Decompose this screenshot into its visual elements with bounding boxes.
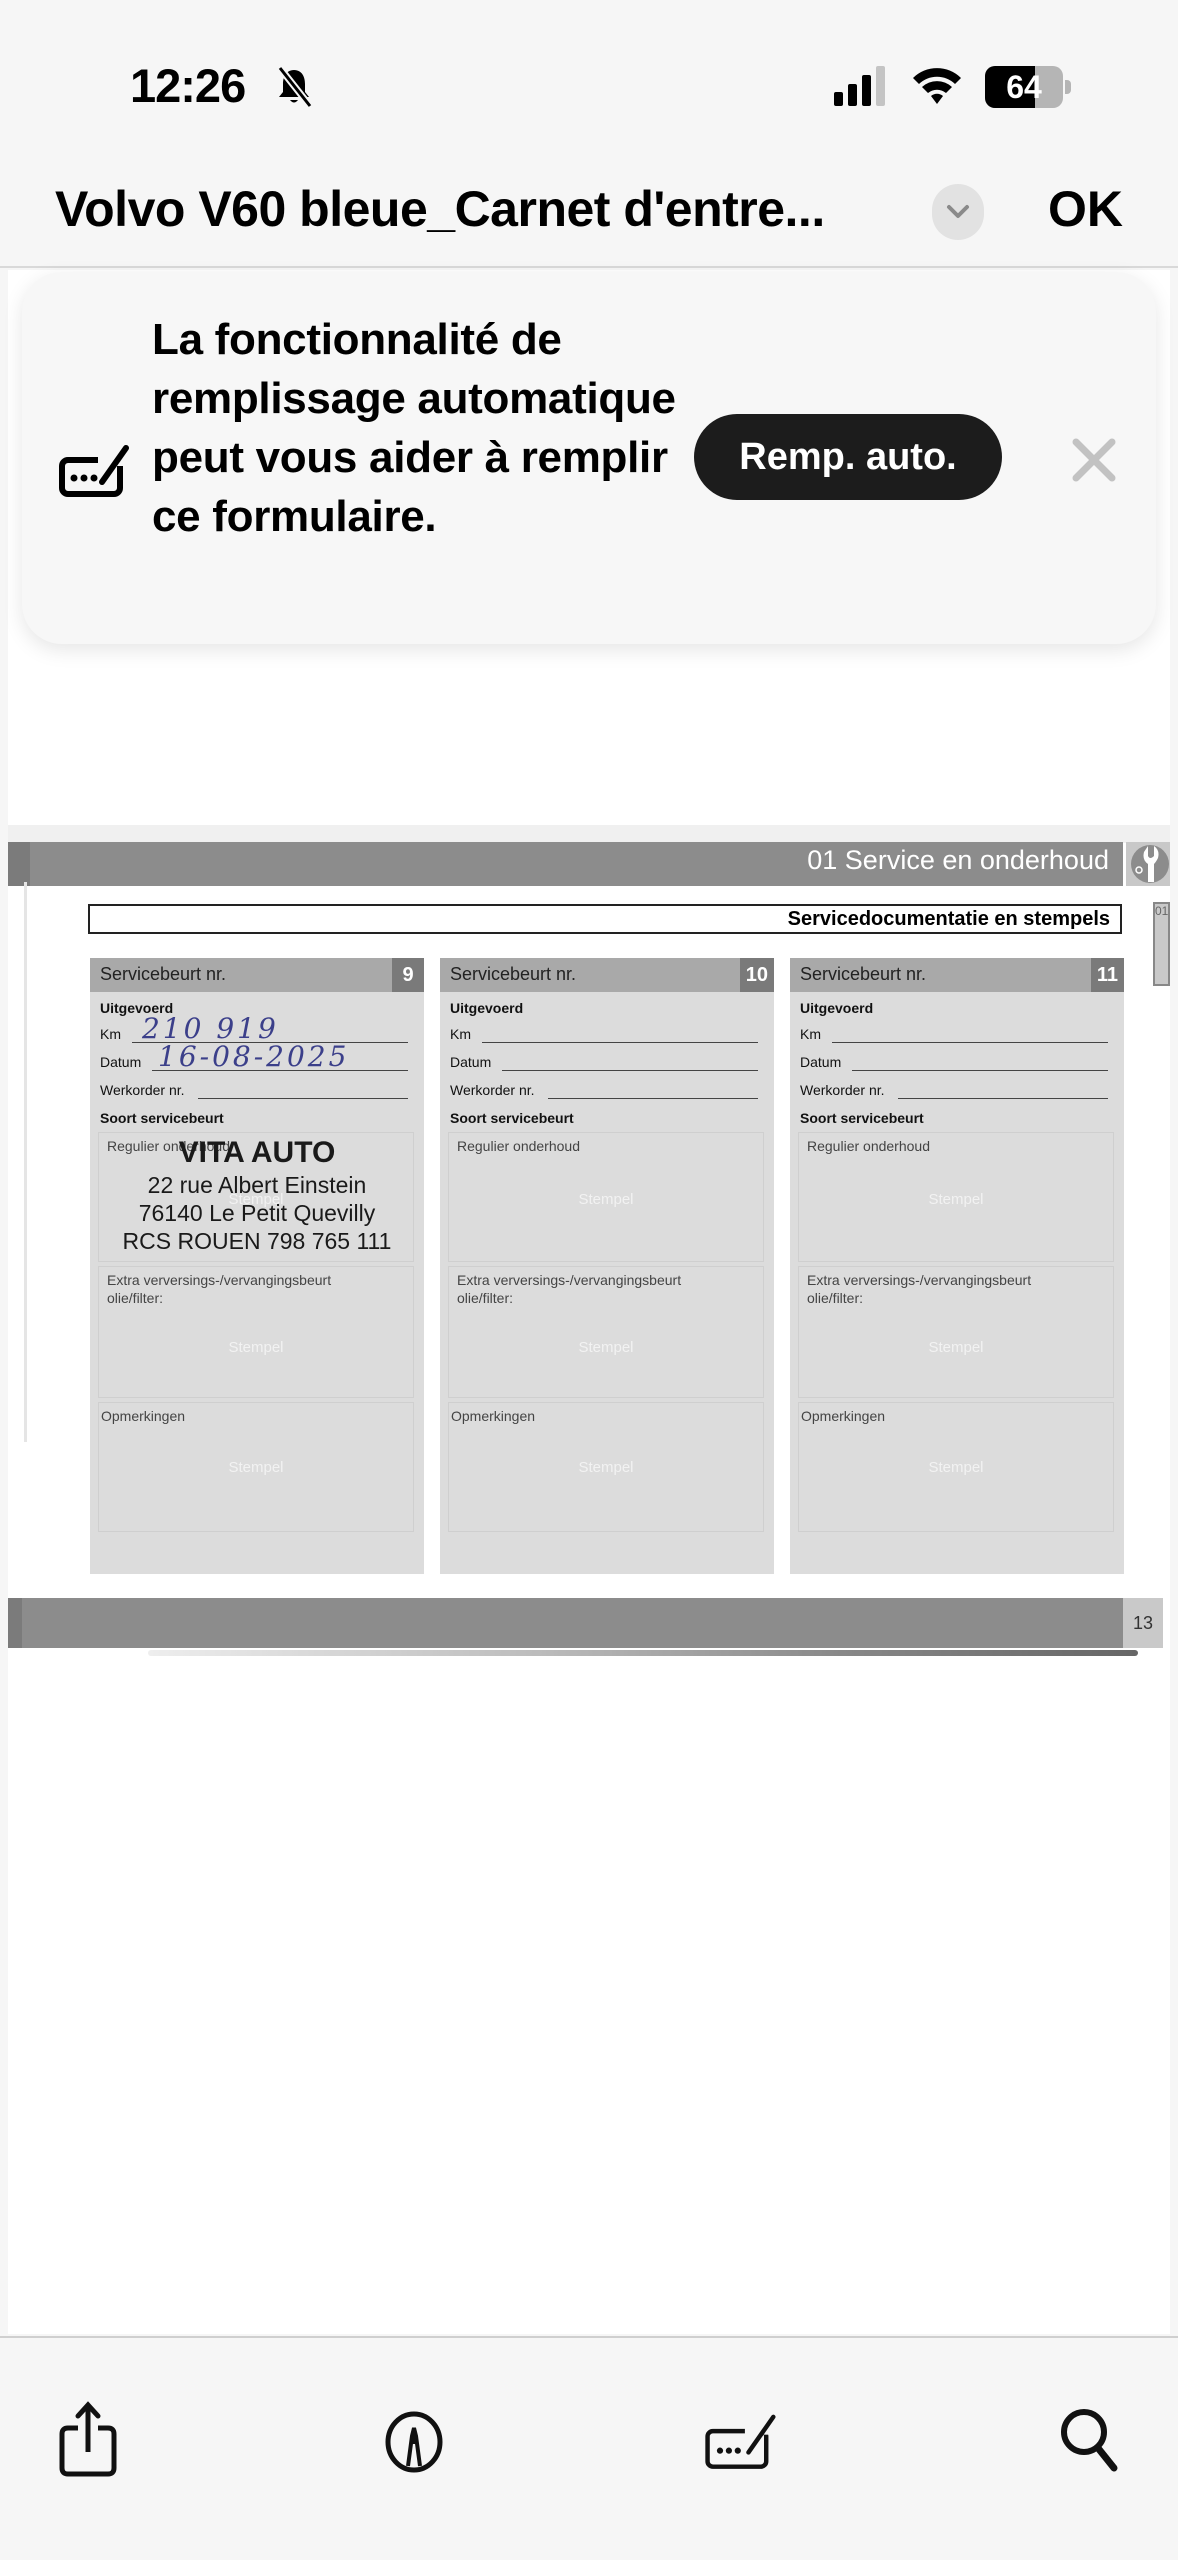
date-label: Datum: [450, 1054, 491, 1070]
battery-level: 64: [985, 66, 1063, 108]
remarks-label: Opmerkingen: [451, 1407, 535, 1425]
title-menu-button[interactable]: [932, 184, 984, 240]
card-header: Servicebeurt nr. 11: [790, 958, 1124, 992]
remarks-label: Opmerkingen: [101, 1407, 185, 1425]
extra-service-box[interactable]: Extra verversings-/vervangingsbeurt olie…: [98, 1266, 414, 1398]
stamp-address: 22 rue Albert Einstein: [90, 1172, 424, 1199]
autofill-message: La fonctionnalité de remplissage automat…: [152, 310, 712, 546]
service-type-label: Soort servicebeurt: [100, 1110, 224, 1126]
service-card: Servicebeurt nr. 9 Uitgevoerd Km 210 919…: [90, 958, 424, 1574]
remarks-label: Opmerkingen: [801, 1407, 885, 1425]
cellular-signal-icon: [832, 66, 894, 106]
service-number: 9: [392, 958, 424, 992]
wifi-icon: [910, 64, 964, 106]
autofill-banner: La fonctionnalité de remplissage automat…: [22, 272, 1156, 644]
extra-service-box[interactable]: Extra verversings-/vervangingsbeurt olie…: [798, 1266, 1114, 1398]
page-edge: [148, 1650, 1138, 1656]
subheader: Servicedocumentatie en stempels: [788, 908, 1110, 931]
card-title: Servicebeurt nr.: [800, 964, 926, 985]
service-type-label: Soort servicebeurt: [800, 1110, 924, 1126]
battery-icon: 64: [985, 66, 1071, 108]
regular-maintenance-label: Regulier onderhoud: [807, 1137, 930, 1155]
section-header: 01 Service en onderhoud: [807, 845, 1109, 876]
regular-maintenance-box[interactable]: Regulier onderhoud Stempel: [448, 1132, 764, 1262]
km-label: Km: [450, 1026, 471, 1042]
ok-button[interactable]: OK: [1048, 180, 1123, 238]
card-title: Servicebeurt nr.: [450, 964, 576, 985]
markup-pen-icon[interactable]: [374, 2400, 454, 2480]
bottom-toolbar: [0, 2336, 1178, 2560]
card-header: Servicebeurt nr. 10: [440, 958, 774, 992]
km-label: Km: [100, 1026, 121, 1042]
page-separator: [8, 825, 1170, 843]
service-number: 11: [1091, 958, 1124, 992]
navigation-bar: Volvo V60 bleue_Carnet d'entre... OK: [0, 160, 1178, 268]
subheader-box: Servicedocumentatie en stempels: [88, 904, 1122, 934]
document-title[interactable]: Volvo V60 bleue_Carnet d'entre...: [55, 180, 825, 238]
scanned-page: 01 Service en onderhoud Servicedocumenta…: [8, 842, 1170, 1662]
date-label: Datum: [800, 1054, 841, 1070]
footer-bar: [8, 1598, 1123, 1648]
form-autofill-icon: [58, 442, 134, 498]
date-field[interactable]: 16-08-2025: [158, 1040, 349, 1073]
extra-service-label: Extra verversings-/vervangingsbeurt olie…: [457, 1271, 737, 1307]
stamp-registration: RCS ROUEN 798 765 111: [90, 1228, 424, 1255]
autofill-button[interactable]: Remp. auto.: [694, 414, 1002, 500]
clock: 12:26: [130, 58, 245, 113]
extra-service-label: Extra verversings-/vervangingsbeurt olie…: [807, 1271, 1087, 1307]
page-number: 13: [1123, 1598, 1163, 1648]
service-number: 10: [740, 958, 774, 992]
service-card: Servicebeurt nr. 11 Uitgevoerd Km Datum …: [790, 958, 1124, 1574]
performed-label: Uitgevoerd: [800, 1000, 873, 1016]
card-header: Servicebeurt nr. 9: [90, 958, 424, 992]
remarks-box[interactable]: Opmerkingen Stempel: [798, 1402, 1114, 1532]
section-header-bar: 01 Service en onderhoud: [8, 842, 1123, 886]
stamp-name: VITA AUTO: [90, 1136, 424, 1170]
regular-maintenance-label: Regulier onderhoud: [457, 1137, 580, 1155]
garage-stamp: VITA AUTO 22 rue Albert Einstein 76140 L…: [90, 1136, 424, 1256]
work-order-label: Werkorder nr.: [450, 1082, 535, 1098]
chevron-down-icon: [945, 203, 971, 221]
search-icon[interactable]: [1050, 2400, 1130, 2480]
close-icon[interactable]: [1066, 432, 1122, 488]
stamp-city: 76140 Le Petit Quevilly: [90, 1200, 424, 1227]
remarks-box[interactable]: Opmerkingen Stempel: [98, 1402, 414, 1532]
card-title: Servicebeurt nr.: [100, 964, 226, 985]
extra-service-label: Extra verversings-/vervangingsbeurt olie…: [107, 1271, 387, 1307]
work-order-label: Werkorder nr.: [800, 1082, 885, 1098]
remarks-box[interactable]: Opmerkingen Stempel: [448, 1402, 764, 1532]
status-bar: 12:26 64: [0, 0, 1178, 160]
share-icon[interactable]: [50, 2400, 130, 2480]
work-order-label: Werkorder nr.: [100, 1082, 185, 1098]
form-autofill-icon[interactable]: [704, 2400, 784, 2480]
km-label: Km: [800, 1026, 821, 1042]
performed-label: Uitgevoerd: [450, 1000, 523, 1016]
extra-service-box[interactable]: Extra verversings-/vervangingsbeurt olie…: [448, 1266, 764, 1398]
service-card: Servicebeurt nr. 10 Uitgevoerd Km Datum …: [440, 958, 774, 1574]
side-tab: 01: [1153, 902, 1170, 986]
regular-maintenance-box[interactable]: Regulier onderhoud Stempel: [798, 1132, 1114, 1262]
bell-slash-icon: [272, 64, 316, 108]
wrench-icon: [1126, 842, 1170, 886]
service-type-label: Soort servicebeurt: [450, 1110, 574, 1126]
date-label: Datum: [100, 1054, 141, 1070]
